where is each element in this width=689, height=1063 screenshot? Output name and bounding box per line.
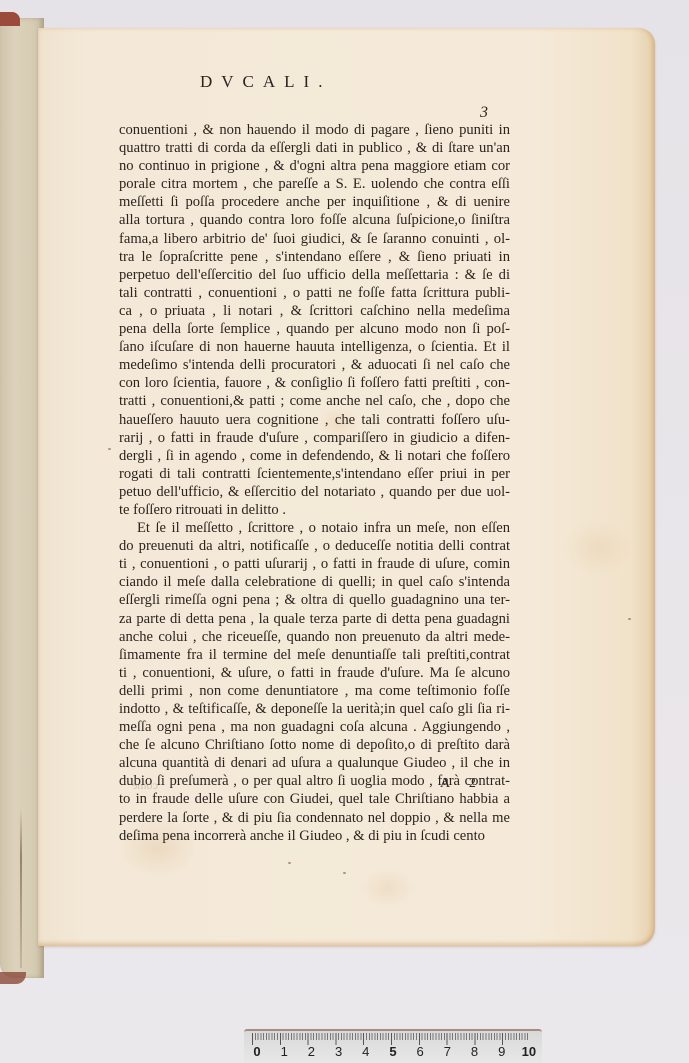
- text-line: con loro ſcientia, fauore , & conſiglio …: [119, 374, 510, 392]
- text-line: rarij , o fatti in fraude d'uſure , comp…: [119, 429, 510, 447]
- text-line: haueſſero hauuto uera cognitione , che t…: [119, 411, 510, 429]
- text-line: fama,a libero arbitrio de' ſuoi giudici,…: [119, 230, 510, 248]
- text-line: te foſſero ritrouati in delitto .: [119, 501, 510, 519]
- text-line: ciando il meſe dalla celebratione di que…: [119, 573, 510, 591]
- text-line: za parte di detta pena , la quale terza …: [119, 610, 510, 628]
- signature-mark: A 2: [440, 776, 484, 792]
- show-through-text: come: [132, 778, 158, 793]
- page-number: 3: [480, 104, 488, 122]
- text-line: delli primi , non come denuntiatore , ma…: [119, 682, 510, 700]
- text-line: anche colui , che riceueſſe, quando non …: [119, 628, 510, 646]
- cover-edge-bottom: [0, 972, 26, 984]
- text-line: perpetuo dell'eſſercitio del ſuo ufficio…: [119, 266, 510, 284]
- ruler-label: 9: [493, 1044, 511, 1062]
- text-line: che ſe alcuno Chriſtiano ſotto nome di d…: [119, 736, 510, 754]
- text-line: porale citra mortem , che pareſſe a S. E…: [119, 175, 510, 193]
- body-text: conuentioni , & non hauendo il modo di p…: [119, 121, 510, 845]
- text-line: ſimamente fra il termine del meſe denunt…: [119, 646, 510, 664]
- ruler-label: 4: [357, 1044, 375, 1062]
- page-header: DVCALI.: [200, 72, 490, 92]
- text-line: meſſetti ſi poſſa procedere anche per in…: [119, 193, 510, 211]
- ruler-label: 6: [411, 1044, 429, 1062]
- cover-edge-top: [0, 12, 20, 26]
- text-line: dergli , ſi in agendo , come in defenden…: [119, 447, 510, 465]
- text-line: petuo dell'ufficio, & eſſercitio del not…: [119, 483, 510, 501]
- text-line: no continuo in prigione , & d'ogni altra…: [119, 157, 510, 175]
- ruler-label: 10: [520, 1044, 538, 1062]
- text-line: rogati di tali contratti ſcientemente,s'…: [119, 465, 510, 483]
- ruler-label: 2: [302, 1044, 320, 1062]
- text-line: tali contratti , conuentioni , o patti n…: [119, 284, 510, 302]
- measurement-ruler: 012345678910: [244, 1029, 542, 1063]
- text-line: Et ſe il meſſetto , ſcrittore , o notaio…: [119, 519, 510, 537]
- ruler-label: 7: [438, 1044, 456, 1062]
- text-line: do preuenuti da altri, notificaſſe , o d…: [119, 537, 510, 555]
- running-head: DVCALI.: [200, 72, 331, 92]
- text-line: deſima pena incorrerà anche il Giudeo , …: [119, 827, 510, 845]
- paper-speck: [108, 448, 111, 450]
- text-line: pena della ſorte ſemplice , quando per a…: [119, 320, 510, 338]
- text-line: conuentioni , & non hauendo il modo di p…: [119, 121, 510, 139]
- text-line: quattro tratti di corda da eſſergli dati…: [119, 139, 510, 157]
- ruler-label: 0: [248, 1044, 266, 1062]
- ruler-label: 3: [330, 1044, 348, 1062]
- ruler-labels: 012345678910: [248, 1044, 538, 1062]
- text-line: ſano iſcuſare di non hauerne hauuta inte…: [119, 338, 510, 356]
- text-line: alla tortura , quando contra loro foſſe …: [119, 211, 510, 229]
- text-line: ti , conuentioni, & uſure, o fatti in fr…: [119, 664, 510, 682]
- ruler-label: 1: [275, 1044, 293, 1062]
- text-line: perdere la ſorte , & di piu ſia condenna…: [119, 809, 510, 827]
- ruler-label: 8: [466, 1044, 484, 1062]
- text-line: alcuna quantità di denari ad uſura a qua…: [119, 754, 510, 772]
- text-line: ti , conuentioni , o patti uſurarij , o …: [119, 555, 510, 573]
- binding-crack: [20, 808, 22, 968]
- paper-speck: [628, 618, 631, 620]
- text-line: tra le ſopraſcritte pene , s'intendano e…: [119, 248, 510, 266]
- text-line: eſſergli rimeſſa ogni pena ; & oltra di …: [119, 591, 510, 609]
- paper-speck: [343, 872, 346, 874]
- ruler-label: 5: [384, 1044, 402, 1062]
- text-line: tratti , conuentioni,& patti ; come anch…: [119, 392, 510, 410]
- text-line: meſſa ogni pena , ma non guadagni coſa a…: [119, 718, 510, 736]
- text-line: to in fraude delle uſure con Giudei, que…: [119, 790, 510, 808]
- text-line: medeſimo s'intenda delli procuratori , &…: [119, 356, 510, 374]
- paper-speck: [288, 862, 291, 864]
- text-line: ca , o priuata , li notari , & ſcrittori…: [119, 302, 510, 320]
- text-line: indotto , & teſtificaſſe, & deponeſſe la…: [119, 700, 510, 718]
